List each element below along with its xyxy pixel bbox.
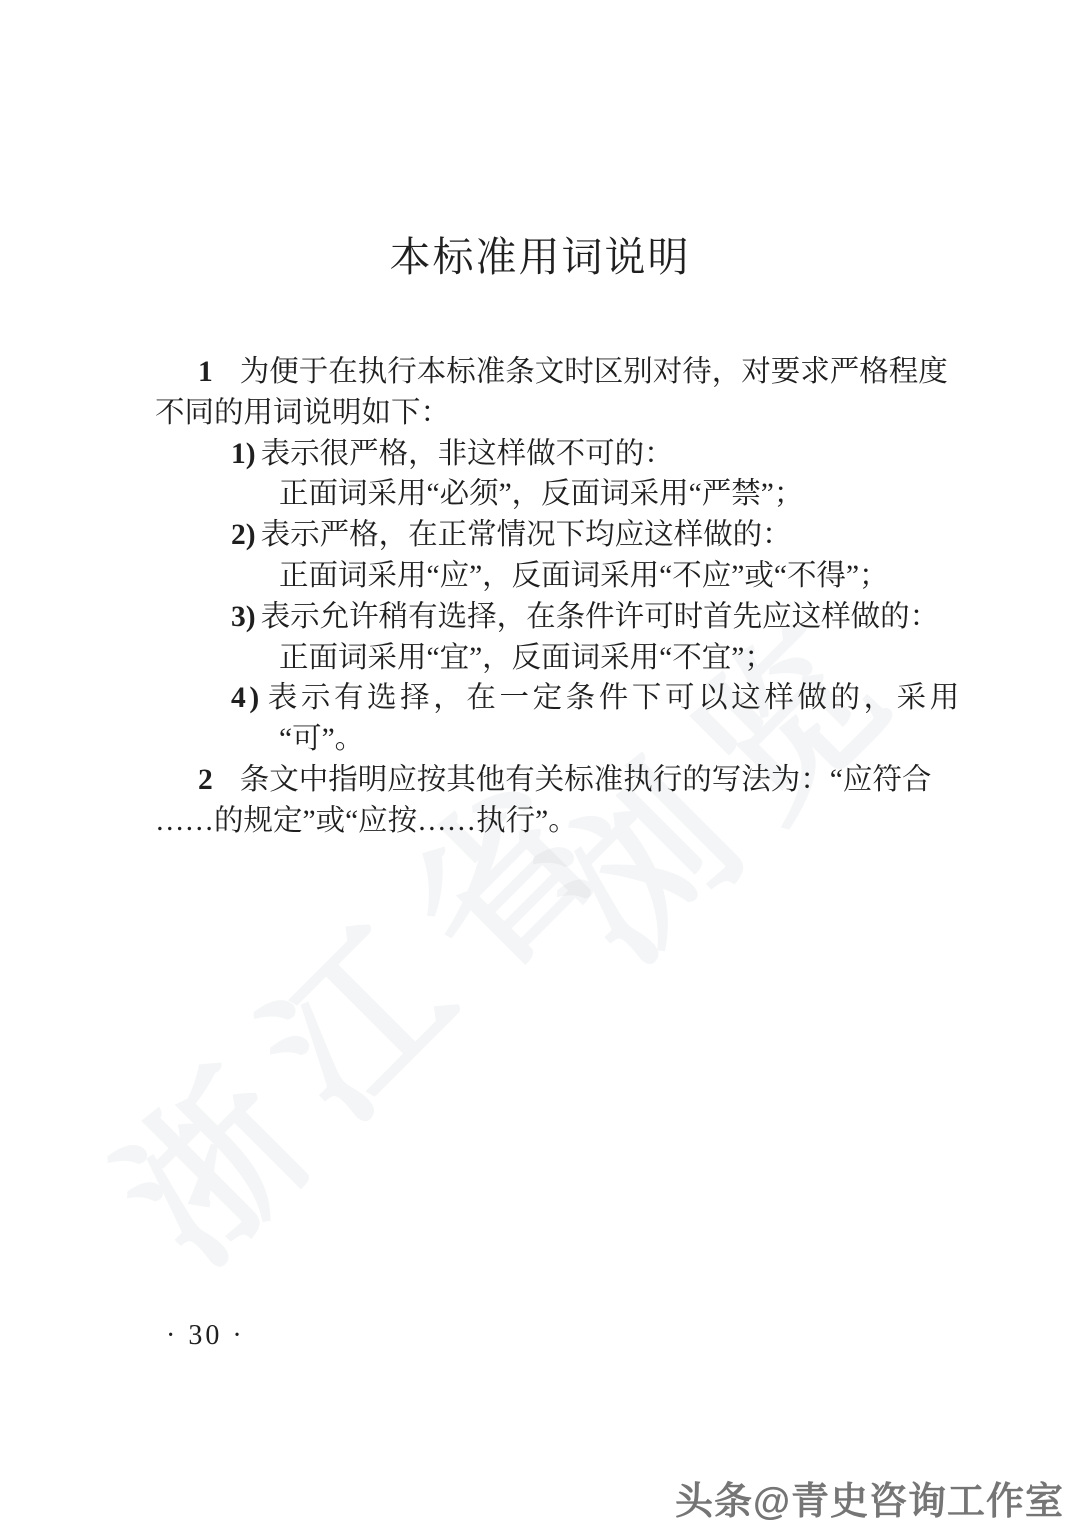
line-text: “可”。 [279, 723, 364, 755]
list-item-number: 1) [231, 438, 256, 470]
list-item-continuation: 正面词采用“宜”，反面词采用“不宜”； [155, 638, 933, 679]
line-text: 表示很严格，非这样做不可的： [261, 438, 674, 470]
list-item-continuation: “可”。 [155, 719, 933, 760]
list-item-continuation: 正面词采用“必须”，反面词采用“严禁”； [155, 474, 933, 515]
line-text: 为便于在执行本标准条文时区别对待，对要求严格程度 [240, 356, 948, 388]
line-text: 正面词采用“宜”，反面词采用“不宜”； [279, 642, 774, 674]
line-text: 正面词采用“必须”，反面词采用“严禁”； [279, 478, 803, 510]
list-item-continuation: 正面词采用“应”，反面词采用“不应”或“不得”； [155, 556, 933, 597]
line-text: ……的规定”或“应按……执行”。 [155, 805, 578, 837]
line-text: 条文中指明应按其他有关标准执行的写法为：“应符合 [240, 764, 932, 796]
list-item-number: 3) [231, 601, 256, 633]
paragraph-number: 1 [198, 356, 213, 388]
list-item-line: 3)表示允许稍有选择，在条件许可时首先应这样做的： [155, 597, 933, 638]
paragraph-line: 不同的用词说明如下： [155, 393, 933, 434]
line-text: 表示有选择，在一定条件下可以这样做的，采用 [268, 682, 963, 714]
document-body: 1为便于在执行本标准条文时区别对待，对要求严格程度 不同的用词说明如下： 1)表… [155, 352, 933, 842]
line-text: 表示允许稍有选择，在条件许可时首先应这样做的： [261, 601, 940, 633]
line-text: 不同的用词说明如下： [155, 397, 450, 429]
page-title: 本标准用词说明 [0, 224, 1080, 283]
paragraph-line: 1为便于在执行本标准条文时区别对待，对要求严格程度 [155, 352, 933, 393]
list-item-line: 1)表示很严格，非这样做不可的： [155, 434, 933, 475]
page-number: · 30 · [166, 1320, 245, 1352]
list-item-number: 4) [231, 682, 263, 714]
paragraph-line: ……的规定”或“应按……执行”。 [155, 801, 933, 842]
toutiao-credit-watermark: 头条@青史咨询工作室 [675, 1470, 1064, 1525]
list-item-line: 4)表示有选择，在一定条件下可以这样做的，采用 [155, 678, 933, 719]
document-page: 浙江省 浏览 本标准用词说明 1为便于在执行本标准条文时区别对待，对要求严格程度… [0, 0, 1080, 1530]
paragraph-line: 2条文中指明应按其他有关标准执行的写法为：“应符合 [155, 760, 933, 801]
list-item-line: 2)表示严格，在正常情况下均应这样做的： [155, 515, 933, 556]
list-item-number: 2) [231, 519, 256, 551]
paragraph-number: 2 [198, 764, 213, 796]
line-text: 表示严格，在正常情况下均应这样做的： [261, 519, 792, 551]
line-text: 正面词采用“应”，反面词采用“不应”或“不得”； [279, 560, 889, 592]
